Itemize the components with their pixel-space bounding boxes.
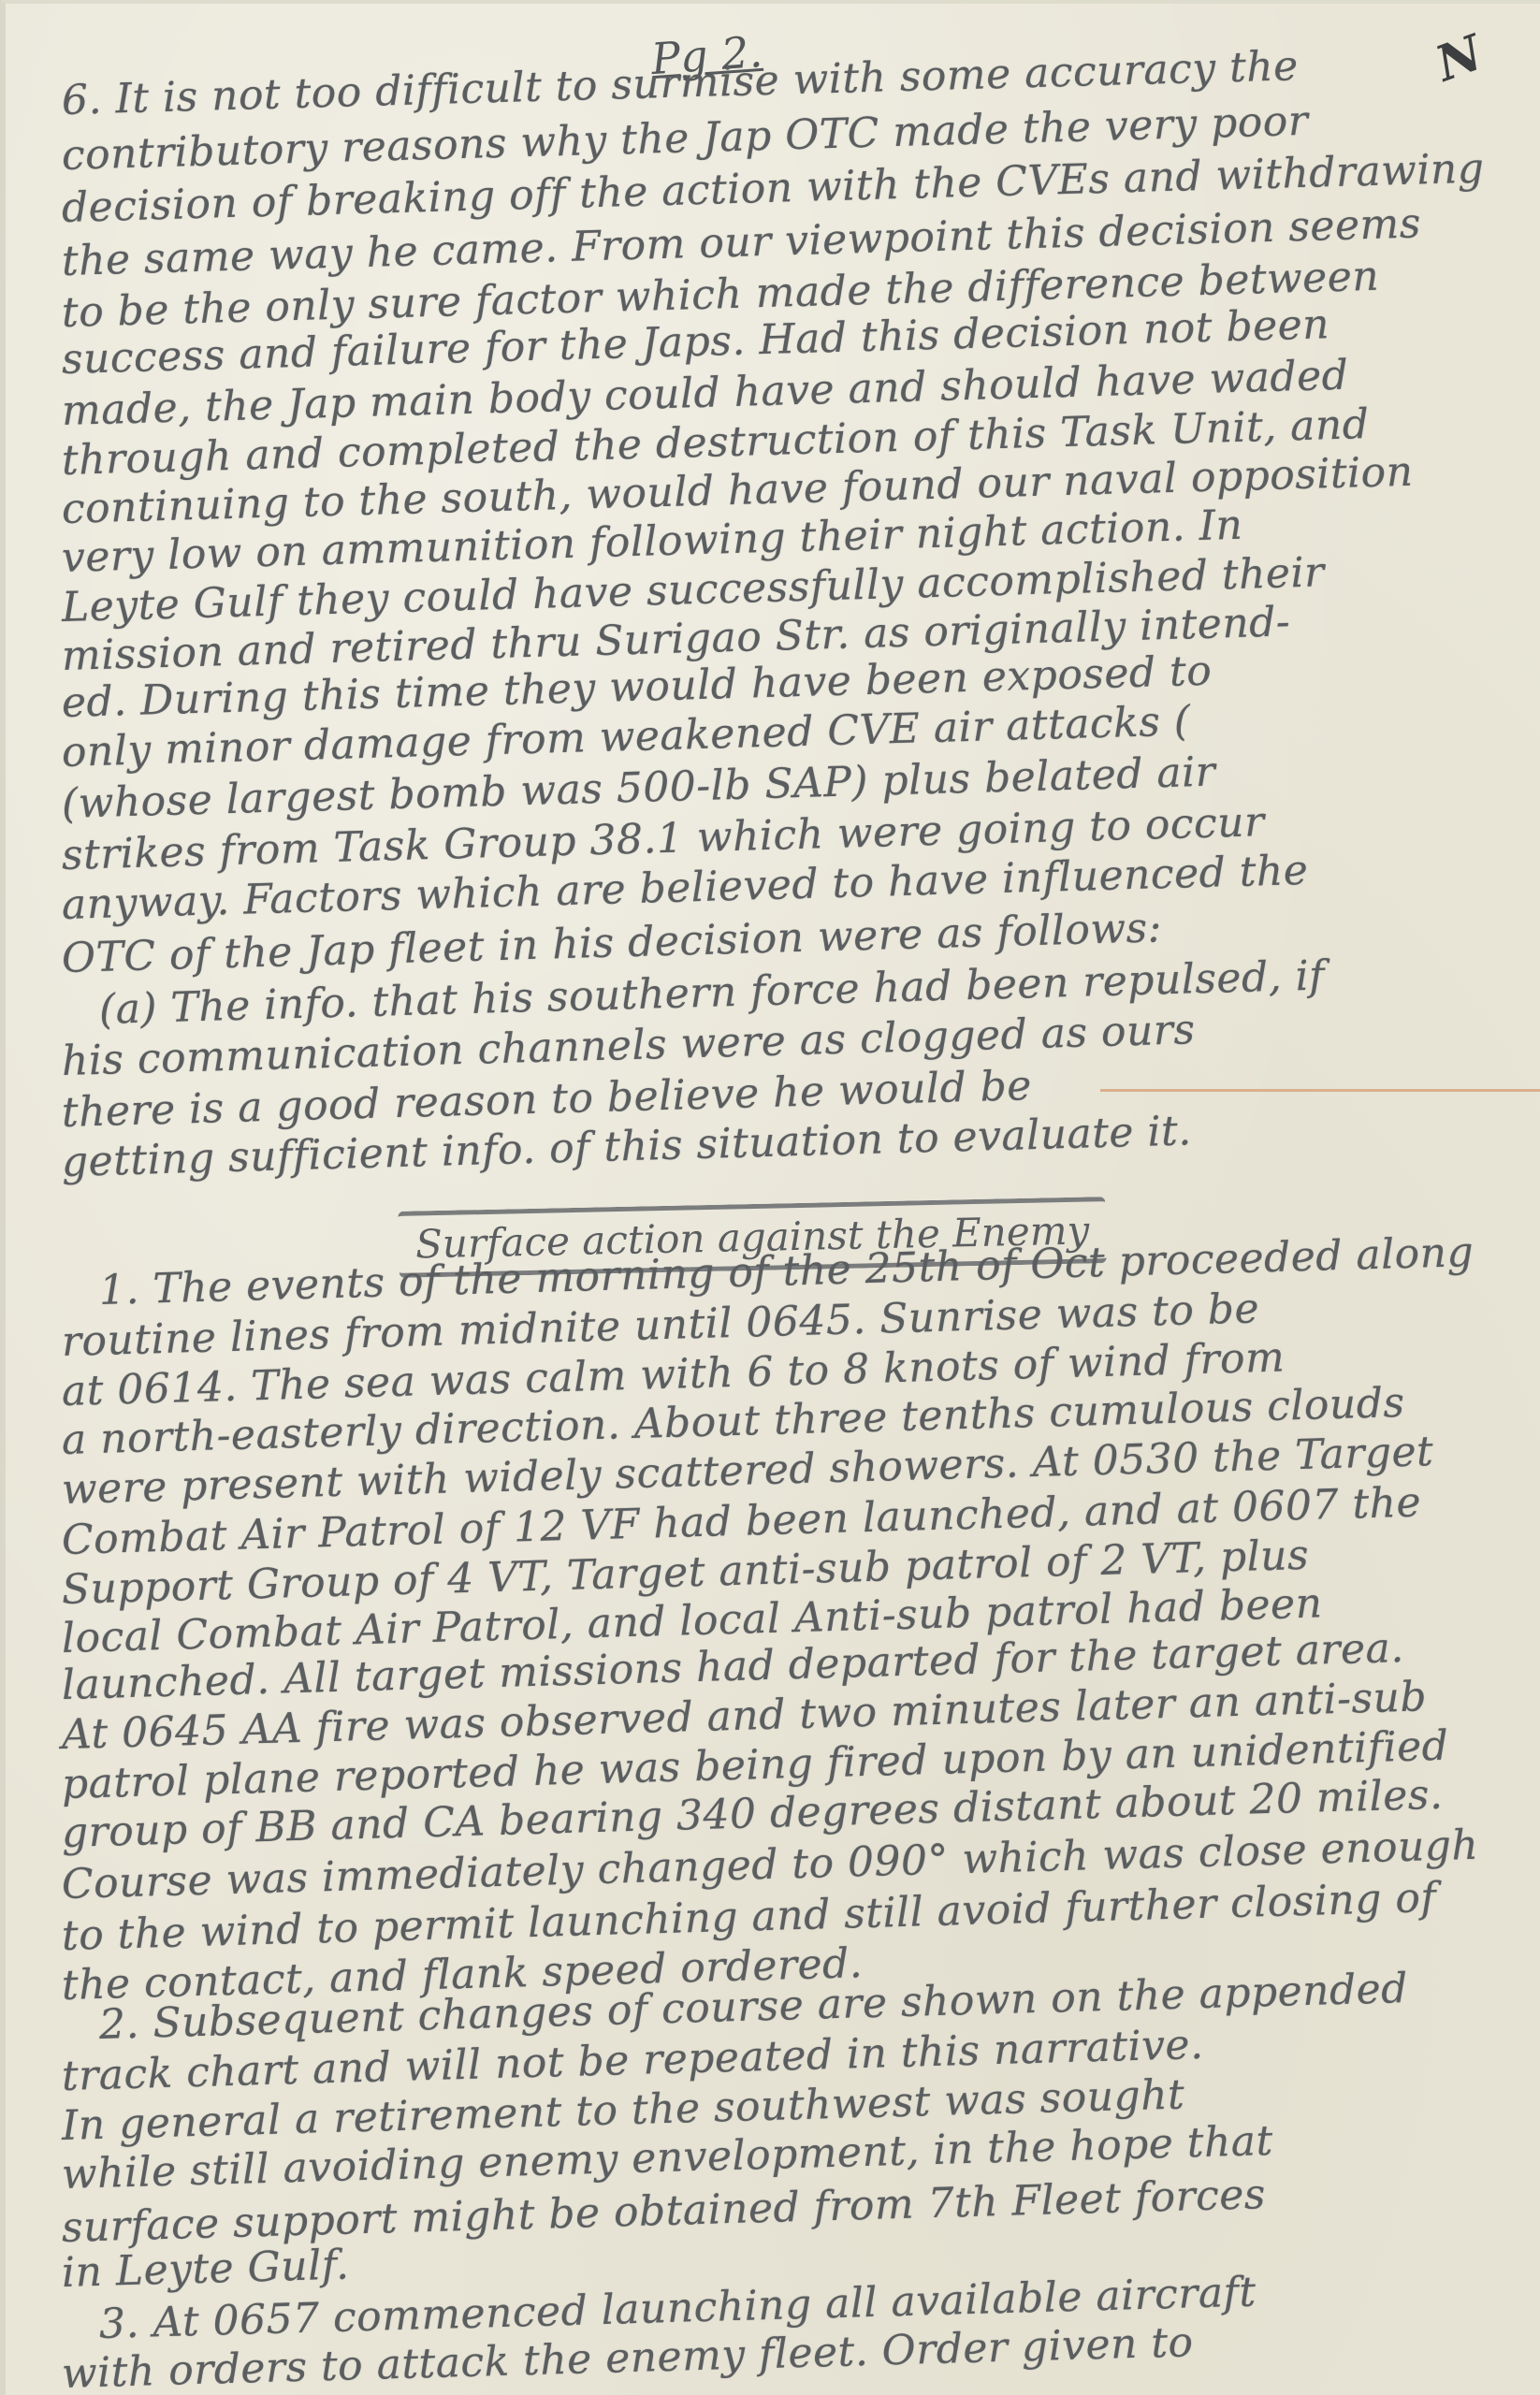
- handwritten-page: Pg 2. N 6. It is not too difficult to su…: [0, 0, 1540, 2395]
- red-margin-rule: [1100, 1089, 1540, 1092]
